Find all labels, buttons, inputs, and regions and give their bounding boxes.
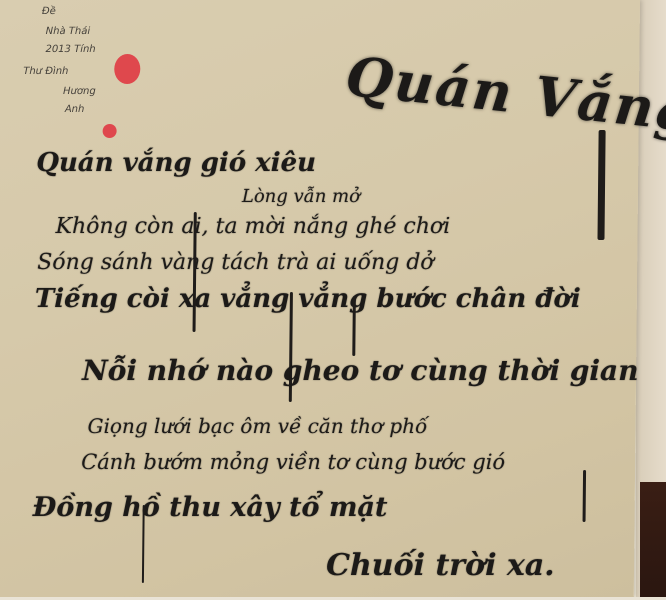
inscription-line: Hương [63,86,96,97]
poem-line-10: Chuối trời xa. [326,548,555,583]
inscription-line: Đề [42,6,56,17]
red-seal-stamp-small [103,124,117,138]
poem-line-4: Sóng sánh vàng tách trà ai uống dở [37,250,434,275]
inscription-line: Nhà Thái [46,26,91,37]
poem-line-2: Lòng vẫn mở [242,186,360,207]
ink-drip-stroke [193,212,197,332]
poem-line-5: Tiếng còi xa vẳng vẳng bước chân đời [35,284,581,314]
inscription-line: Thư Đình [23,66,68,77]
ink-drip-stroke [352,296,356,356]
inscription-line: Anh [65,104,85,115]
title-tail-stroke [597,130,605,240]
inscription-line: 2013 Tính [45,44,95,55]
red-seal-stamp [114,54,140,84]
ink-drip-stroke [583,470,587,522]
poem-line-6: Nỗi nhớ nào gheo tơ cùng thời gian [82,354,639,387]
poem-line-8: Cánh bướm mỏng viền tơ cùng bước gió [81,450,505,474]
artwork-title: Quán Vắng [342,44,666,144]
poem-line-3: Không còn ai, ta mời nắng ghé chơi [55,214,450,239]
poem-line-7: Giọng lưới bạc ôm về căn thơ phố [87,414,427,438]
dark-frame-edge [640,482,666,600]
calligraphy-canvas: Đề Nhà Thái 2013 Tính Thư Đình Hương Anh… [0,0,640,597]
poem-line-1: Quán vắng gió xiêu [36,148,316,178]
poem-line-9: Đồng hồ thu xây tổ mặt [33,492,388,523]
ink-drip-stroke [142,505,145,583]
